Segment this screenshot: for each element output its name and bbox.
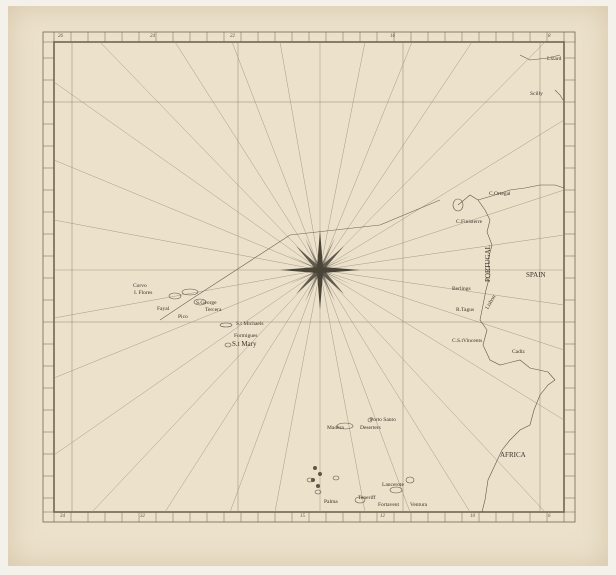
label-flores: I. Flores xyxy=(134,291,152,297)
label-porto-santo: Porto Santo xyxy=(370,418,396,424)
label-c-finisterre: C.Finisterre xyxy=(456,220,482,226)
label-formigues: Formigues xyxy=(234,334,258,340)
label-portugal: PORTUGAL xyxy=(485,245,492,282)
label-palma: Palma xyxy=(324,500,338,506)
top-scale-label: 8 xyxy=(548,34,551,39)
chart-drawing xyxy=(0,0,616,575)
bottom-scale-label: 32 xyxy=(140,514,145,519)
bottom-scale-label: 15 xyxy=(300,514,305,519)
bottom-scale-label: 10 xyxy=(470,514,475,519)
label-c-st-vincents: C.S.tVincents xyxy=(452,339,482,345)
outer-border xyxy=(43,32,575,522)
coastlines xyxy=(458,55,564,512)
top-scale-label: 26 xyxy=(58,34,63,39)
top-scale-label: 24 xyxy=(150,34,155,39)
label-corvo: Corvo xyxy=(133,284,147,290)
bottom-scale-label: 34 xyxy=(60,514,65,519)
iberia-africa-coast xyxy=(458,195,555,512)
label-pico: Pico xyxy=(178,315,188,321)
label-deserters: Deserters xyxy=(360,426,381,432)
scale-ticks xyxy=(43,32,575,522)
label-st-george: S.George xyxy=(196,301,217,307)
dark-islets xyxy=(311,466,322,488)
label-berlings: Berlings xyxy=(452,287,471,293)
label-scilly: Scilly xyxy=(530,92,543,98)
islands xyxy=(169,199,463,503)
label-r-tagus: R.Tagus xyxy=(456,308,474,314)
cornwall-coast xyxy=(555,90,563,100)
label-madeira: Madera xyxy=(327,426,344,432)
label-st-michael: S.t Michaels xyxy=(236,322,264,328)
compass-rose xyxy=(280,230,360,310)
label-fortaventura: Fortavent xyxy=(378,503,399,509)
top-scale-label: 16 xyxy=(390,34,395,39)
top-scale-label: 22 xyxy=(230,34,235,39)
label-lancerote: Lancerote xyxy=(382,483,404,489)
label-lizard: Lizard xyxy=(547,57,561,63)
label-africa: AFRICA xyxy=(500,452,526,459)
label-c-ortegal: C.Ortegal xyxy=(489,192,511,198)
bottom-scale-label: 12 xyxy=(380,514,385,519)
label-cadiz: Cadiz xyxy=(512,350,525,356)
label-tercera: Tercera xyxy=(205,308,221,314)
label-teneriffe: Teneriff xyxy=(358,496,376,502)
label-spain: SPAIN xyxy=(526,272,546,279)
label-fayal: Fayal xyxy=(157,307,169,313)
label-ventura: Ventura xyxy=(410,503,427,509)
label-st-mary: S.t Mary xyxy=(232,341,257,348)
bottom-scale-label: 6 xyxy=(548,514,551,519)
